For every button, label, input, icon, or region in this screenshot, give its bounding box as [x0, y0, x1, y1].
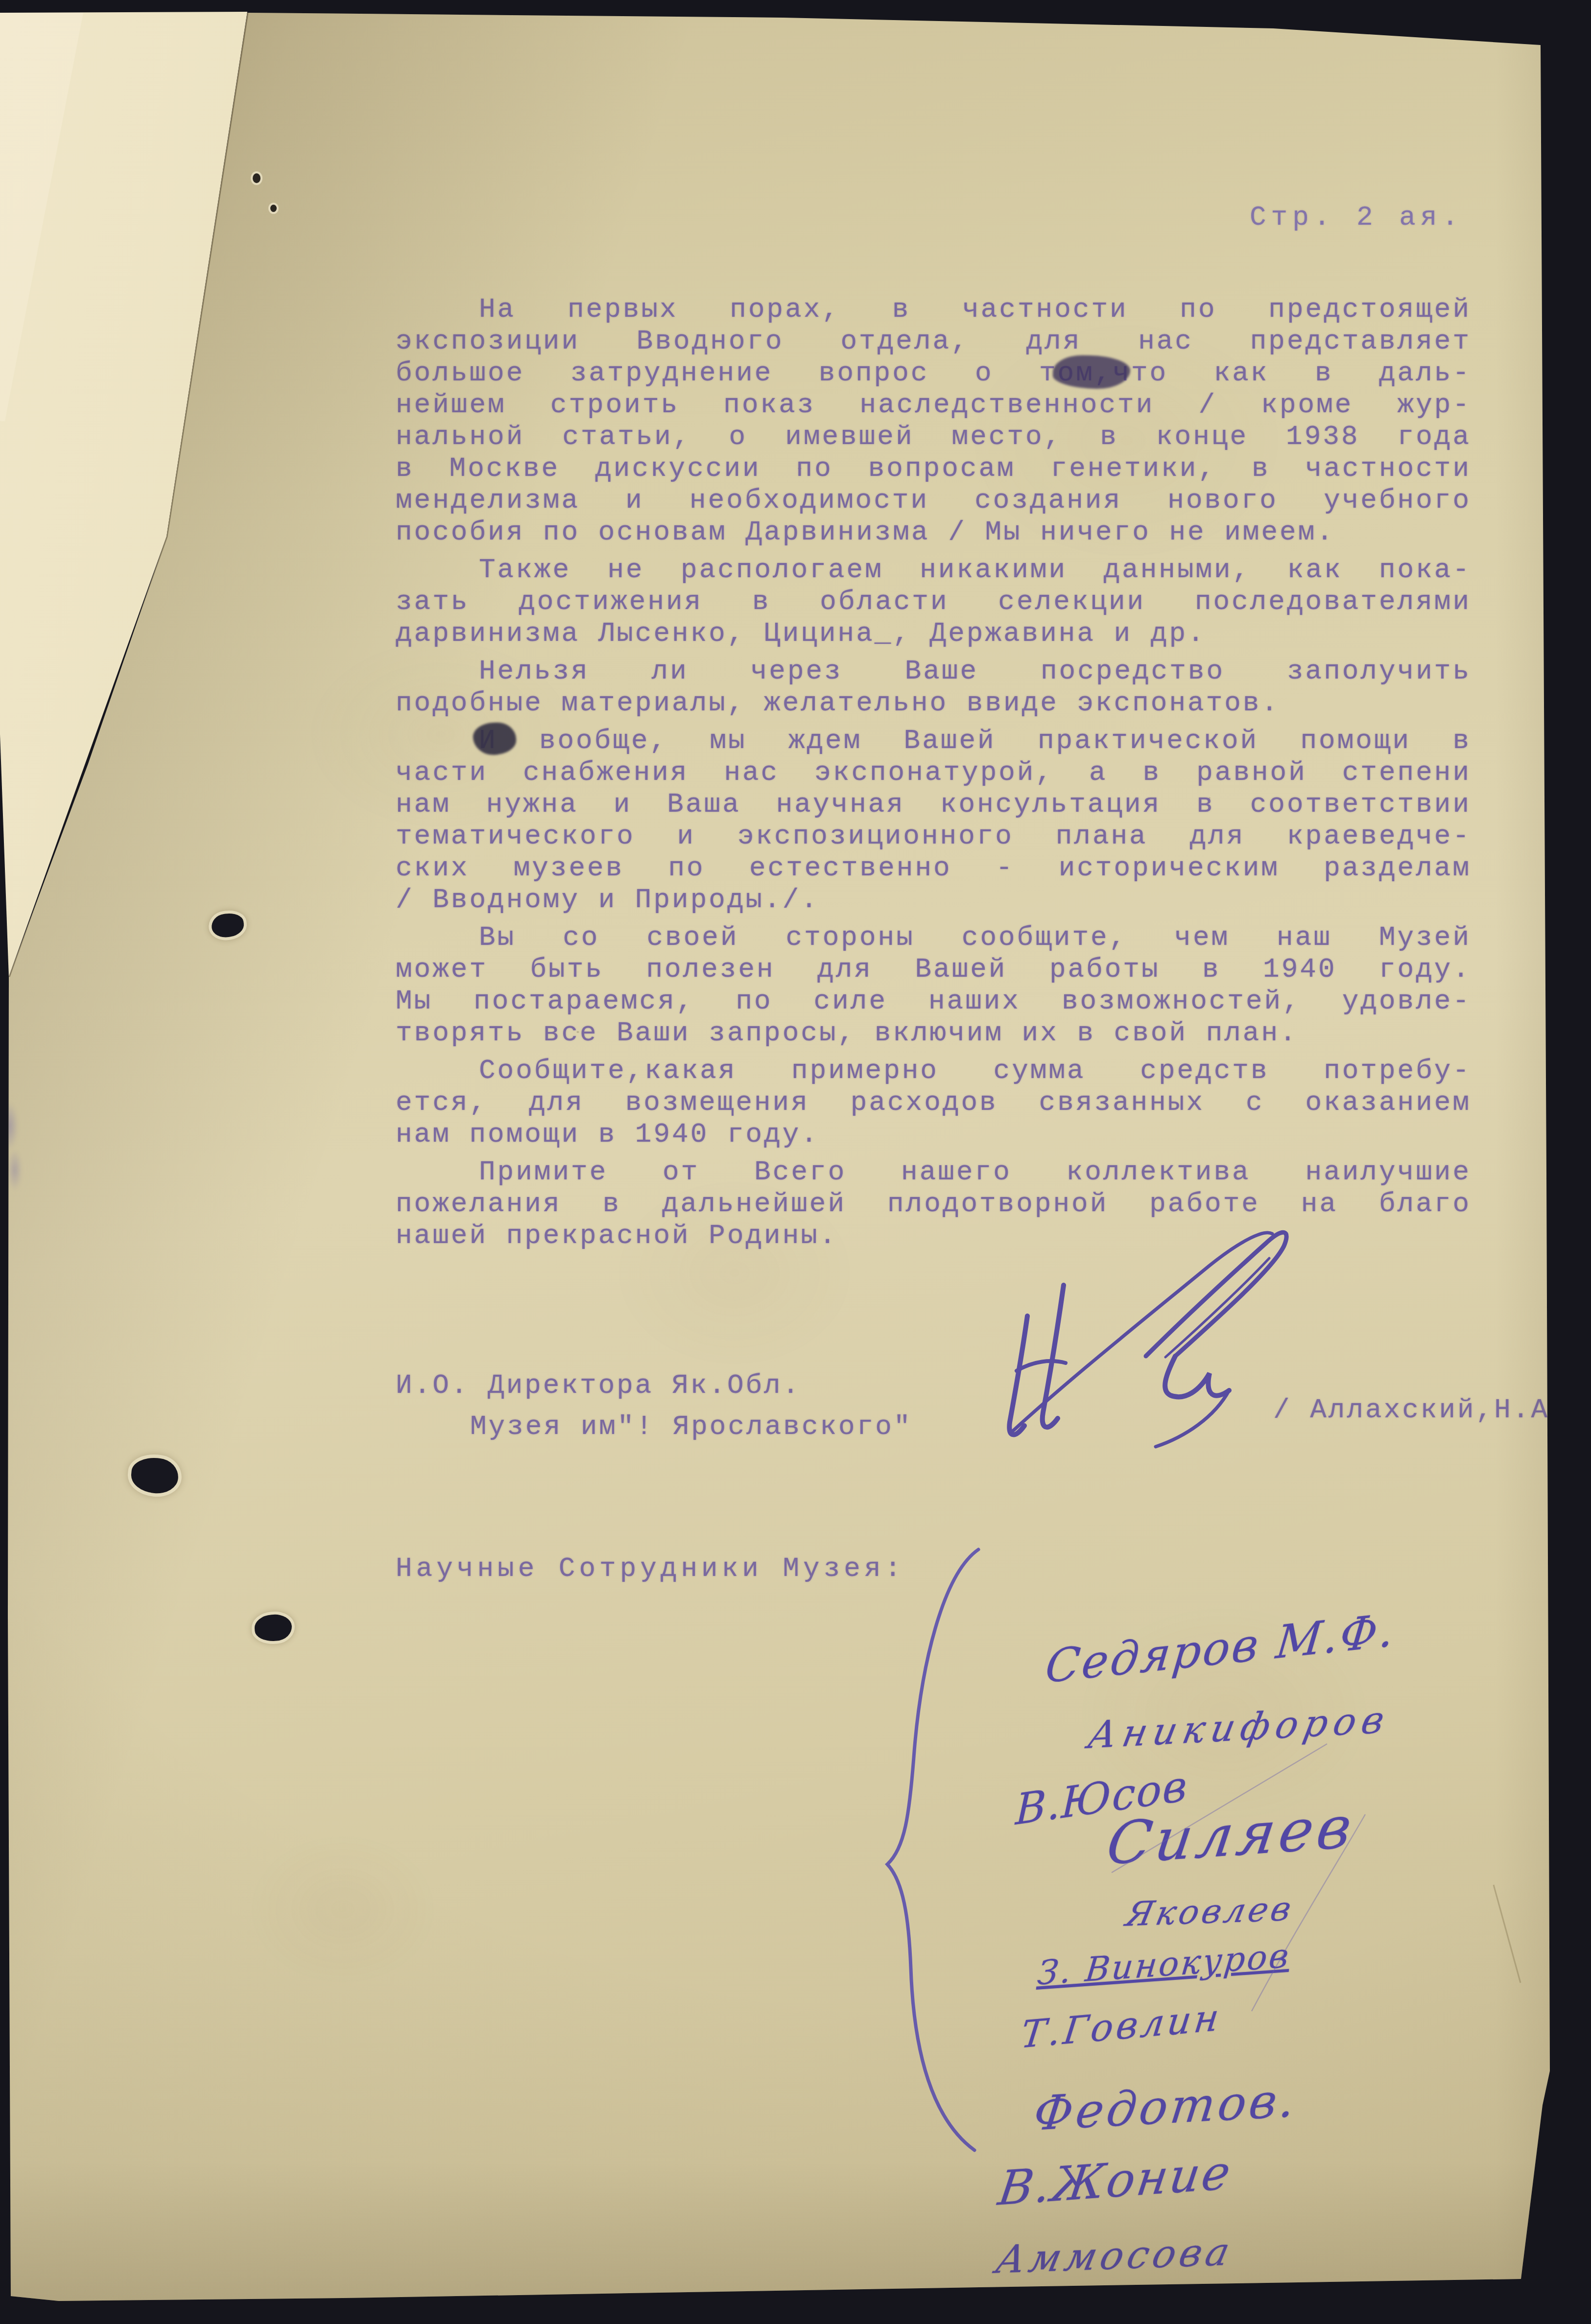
pinhole-1: [253, 173, 261, 183]
scanner-backdrop: Стр. 2 ая. На первых порах, в частности …: [0, 0, 1591, 2324]
ink-smudge: [0, 1097, 29, 1195]
pinhole-2: [270, 205, 277, 212]
overstrike-ink-blot: [1052, 355, 1130, 390]
document-page: Стр. 2 ая. На первых порах, в частности …: [0, 0, 1591, 2324]
scan-shadow-overlay: [0, 0, 1591, 2324]
